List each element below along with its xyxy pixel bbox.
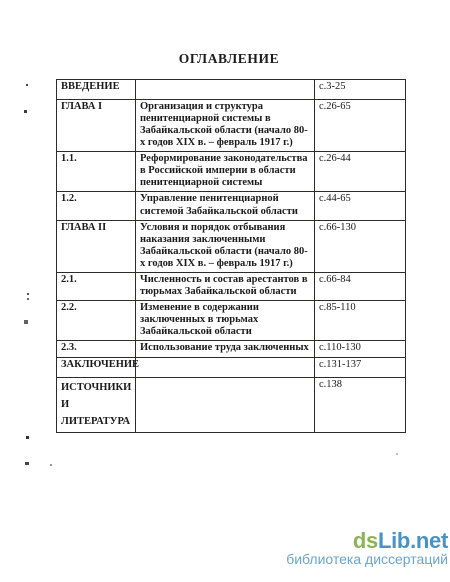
toc-entry-description: Численность и состав арестантов в тюрьма… — [136, 272, 315, 300]
toc-entry-label: 2.2. — [57, 300, 136, 340]
table-row: ИСТОЧНИКИ И ЛИТЕРАТУРА с.138 — [57, 378, 406, 433]
table-row: ГЛАВА I Организация и структура пенитенц… — [57, 100, 406, 152]
toc-entry-description — [136, 358, 315, 378]
toc-entry-pages: с.3-25 — [315, 80, 406, 100]
table-row: 2.2. Изменение в содержании заключенных … — [57, 300, 406, 340]
table-row: ГЛАВА II Условия и порядок отбывания нак… — [57, 220, 406, 272]
toc-entry-description: Управление пенитенциарной системой Забай… — [136, 192, 315, 220]
page-title: ОГЛАВЛЕНИЕ — [56, 51, 402, 67]
toc-entry-pages: с.66-130 — [315, 220, 406, 272]
scan-artifact-dot — [24, 320, 28, 324]
table-of-contents: ВВЕДЕНИЕ с.3-25 ГЛАВА I Организация и ст… — [56, 79, 406, 433]
toc-entry-label: 1.2. — [57, 192, 136, 220]
table-row: ВВЕДЕНИЕ с.3-25 — [57, 80, 406, 100]
toc-entry-label: ГЛАВА I — [57, 100, 136, 152]
table-row: 1.1. Реформирование законодательства в Р… — [57, 152, 406, 192]
toc-entry-pages: с.26-44 — [315, 152, 406, 192]
table-row: ЗАКЛЮЧЕНИЕ с.131-137 — [57, 358, 406, 378]
table-row: 2.1. Численность и состав арестантов в т… — [57, 272, 406, 300]
table-row: 1.2. Управление пенитенциарной системой … — [57, 192, 406, 220]
toc-entry-label: ИСТОЧНИКИ И ЛИТЕРАТУРА — [57, 378, 136, 433]
scan-artifact-dot — [26, 84, 28, 86]
toc-entry-pages: с.131-137 — [315, 358, 406, 378]
toc-entry-pages: с.66-84 — [315, 272, 406, 300]
scan-artifact-dot — [24, 110, 27, 113]
site-branding: dsLib.net библиотека диссертаций — [286, 530, 448, 567]
toc-entry-pages: с.44-65 — [315, 192, 406, 220]
logo-prefix-text: ds — [353, 528, 378, 553]
toc-entry-description — [136, 80, 315, 100]
toc-entry-label: 1.1. — [57, 152, 136, 192]
toc-entry-label: 2.1. — [57, 272, 136, 300]
scan-artifact-dot — [26, 436, 29, 439]
toc-entry-label: ЗАКЛЮЧЕНИЕ — [57, 358, 136, 378]
toc-entry-description: Реформирование законодательства в Россий… — [136, 152, 315, 192]
dslib-logo[interactable]: dsLib.net — [286, 530, 448, 552]
table-row: 2.3. Использование труда заключенных с.1… — [57, 341, 406, 358]
toc-entry-pages: с.110-130 — [315, 341, 406, 358]
scan-artifact-dot — [27, 298, 29, 300]
toc-entry-pages: с.26-65 — [315, 100, 406, 152]
scan-artifact-dot — [50, 464, 52, 466]
toc-entry-description: Изменение в содержании заключенных в тюр… — [136, 300, 315, 340]
toc-entry-label: ГЛАВА II — [57, 220, 136, 272]
scan-artifact-dot — [396, 453, 398, 455]
scan-artifact-dot — [25, 462, 29, 465]
toc-entry-label: ВВЕДЕНИЕ — [57, 80, 136, 100]
toc-entry-pages: с.85-110 — [315, 300, 406, 340]
toc-entry-pages: с.138 — [315, 378, 406, 433]
site-tagline: библиотека диссертаций — [286, 552, 448, 567]
logo-suffix-text: Lib.net — [378, 528, 448, 553]
toc-entry-description: Условия и порядок отбывания наказания за… — [136, 220, 315, 272]
toc-entry-description: Использование труда заключенных — [136, 341, 315, 358]
toc-entry-description — [136, 378, 315, 433]
scan-artifact-dot — [27, 293, 29, 295]
toc-entry-label: 2.3. — [57, 341, 136, 358]
toc-entry-description: Организация и структура пенитенциарной с… — [136, 100, 315, 152]
